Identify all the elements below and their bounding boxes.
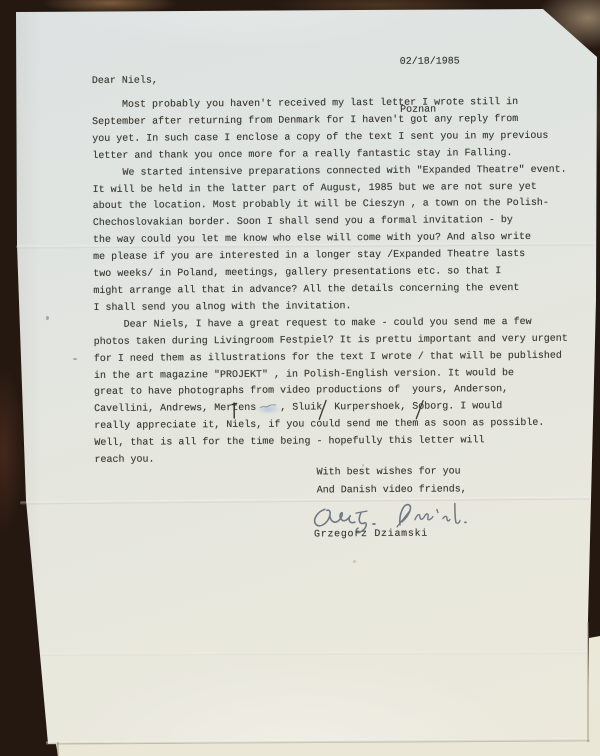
closing-line: With best wishes for you <box>317 463 467 482</box>
typed-signer-name: Grzegorz Dziamski <box>314 529 428 541</box>
letter-line: really appreciate it, Niels, if you coul… <box>94 416 568 436</box>
handwritten-slash-sluik <box>318 399 327 420</box>
letter-date: 02/18/1985 <box>400 54 460 70</box>
handwritten-caret-mark <box>230 402 238 420</box>
letter-photo: 02/18/1985 Poznan Dear Niels, Most proba… <box>0 0 600 756</box>
handwritten-slash-soborg <box>415 400 424 420</box>
letter-body: Most probably you haven't received my la… <box>92 95 569 470</box>
erased-word-squiggle <box>259 403 277 411</box>
letter-content: 02/18/1985 Poznan Dear Niels, Most proba… <box>0 0 600 756</box>
salutation: Dear Niels, <box>92 73 158 90</box>
closing-block: With best wishes for youAnd Danish video… <box>317 463 467 499</box>
letter-line: might arrange all that in advance? All t… <box>93 281 567 301</box>
